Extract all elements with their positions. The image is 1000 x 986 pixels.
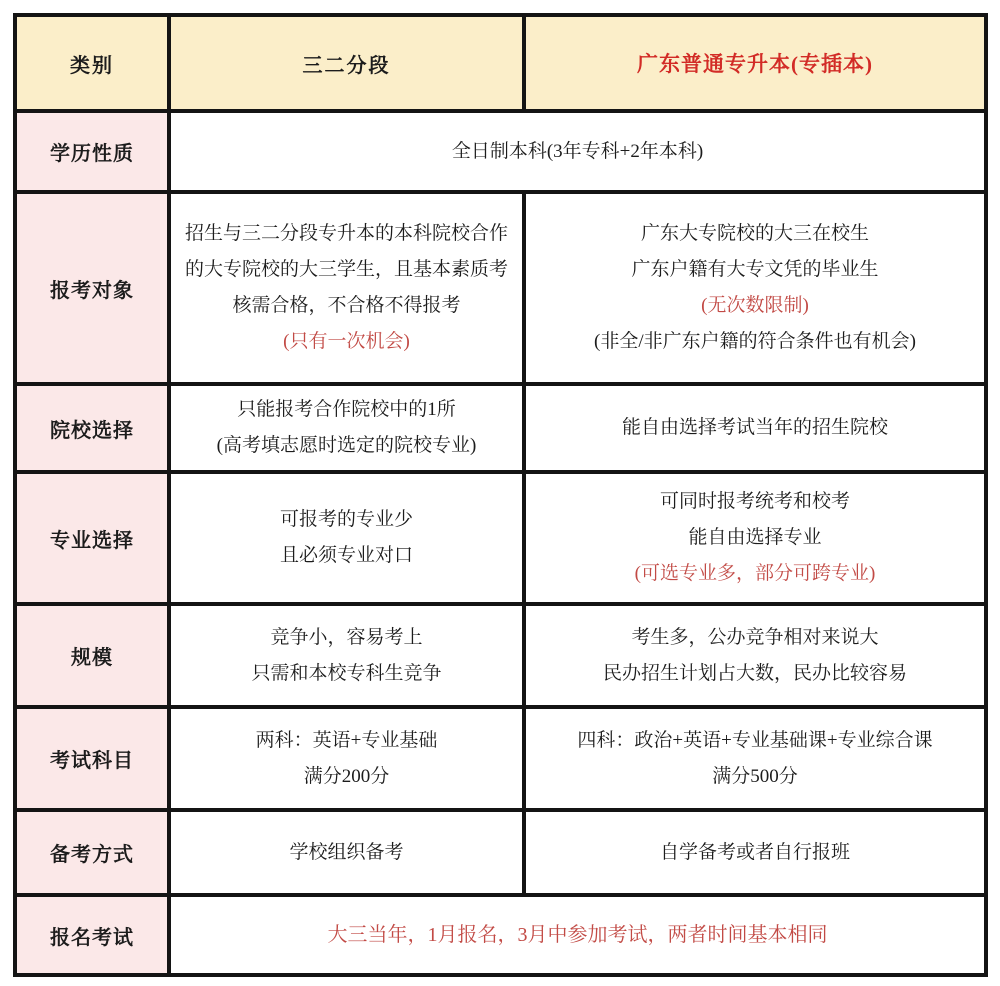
value-cell: 两科：英语+专业基础满分200分 (169, 707, 524, 810)
text-line: 民办招生计划占大数，民办比较容易 (534, 656, 976, 692)
table-row: 院校选择只能报考合作院校中的1所(高考填志愿时选定的院校专业)能自由选择考试当年… (15, 384, 986, 472)
row-label: 学历性质 (15, 111, 169, 192)
text-line: 只需和本校专科生竞争 (179, 656, 514, 692)
text-line: 招生与三二分段专升本的本科院校合作的大专院校的大三学生，且基本素质考核需合格，不… (179, 216, 514, 324)
header-cell-zhuanchaben: 广东普通专升本(专插本) (524, 15, 986, 111)
text-line: 能自由选择专业 (534, 520, 976, 556)
note-line: 大三当年，1月报名，3月中参加考试，两者时间基本相同 (179, 917, 976, 953)
text-line: 两科：英语+专业基础 (179, 723, 514, 759)
table-row: 报考对象招生与三二分段专升本的本科院校合作的大专院校的大三学生，且基本素质考核需… (15, 192, 986, 384)
value-cell: 考生多，公办竞争相对来说大民办招生计划占大数，民办比较容易 (524, 604, 986, 707)
comparison-page: 类别 三二分段 广东普通专升本(专插本) 学历性质全日制本科(3年专科+2年本科… (0, 0, 1000, 986)
merged-cell: 全日制本科(3年专科+2年本科) (169, 111, 986, 192)
table-body: 学历性质全日制本科(3年专科+2年本科)报考对象招生与三二分段专升本的本科院校合… (15, 111, 986, 975)
row-label: 考试科目 (15, 707, 169, 810)
value-cell: 只能报考合作院校中的1所(高考填志愿时选定的院校专业) (169, 384, 524, 472)
text-line: 自学备考或者自行报班 (534, 835, 976, 871)
table-row: 规模竞争小，容易考上只需和本校专科生竞争考生多，公办竞争相对来说大民办招生计划占… (15, 604, 986, 707)
note-line: (可选专业多，部分可跨专业) (534, 556, 976, 592)
text-line: 只能报考合作院校中的1所 (179, 392, 514, 428)
merged-cell: 大三当年，1月报名，3月中参加考试，两者时间基本相同 (169, 895, 986, 975)
note-line: (只有一次机会) (179, 324, 514, 360)
text-line: 可报考的专业少 (179, 502, 514, 538)
text-line: 竞争小，容易考上 (179, 620, 514, 656)
value-cell: 可报考的专业少且必须专业对口 (169, 472, 524, 604)
row-label: 报考对象 (15, 192, 169, 384)
note-line: (无次数限制) (534, 288, 976, 324)
comparison-table: 类别 三二分段 广东普通专升本(专插本) 学历性质全日制本科(3年专科+2年本科… (13, 13, 988, 977)
text-line: 满分500分 (534, 759, 976, 795)
text-line: 学校组织备考 (179, 835, 514, 871)
table-row: 报名考试大三当年，1月报名，3月中参加考试，两者时间基本相同 (15, 895, 986, 975)
text-line: 且必须专业对口 (179, 538, 514, 574)
header-row: 类别 三二分段 广东普通专升本(专插本) (15, 15, 986, 111)
row-label: 备考方式 (15, 810, 169, 895)
text-line: 可同时报考统考和校考 (534, 484, 976, 520)
value-cell: 四科：政治+英语+专业基础课+专业综合课满分500分 (524, 707, 986, 810)
row-label: 院校选择 (15, 384, 169, 472)
text-line: 广东大专院校的大三在校生 (534, 216, 976, 252)
row-label: 专业选择 (15, 472, 169, 604)
text-line: 四科：政治+英语+专业基础课+专业综合课 (534, 723, 976, 759)
text-line: 全日制本科(3年专科+2年本科) (179, 134, 976, 170)
table-row: 专业选择可报考的专业少且必须专业对口可同时报考统考和校考能自由选择专业(可选专业… (15, 472, 986, 604)
row-label: 规模 (15, 604, 169, 707)
row-label: 报名考试 (15, 895, 169, 975)
value-cell: 可同时报考统考和校考能自由选择专业(可选专业多，部分可跨专业) (524, 472, 986, 604)
value-cell: 自学备考或者自行报班 (524, 810, 986, 895)
value-cell: 学校组织备考 (169, 810, 524, 895)
text-line: (非全/非广东户籍的符合条件也有机会) (534, 324, 976, 360)
text-line: 考生多，公办竞争相对来说大 (534, 620, 976, 656)
header-cell-sanerfenduan: 三二分段 (169, 15, 524, 111)
value-cell: 广东大专院校的大三在校生广东户籍有大专文凭的毕业生(无次数限制)(非全/非广东户… (524, 192, 986, 384)
text-line: (高考填志愿时选定的院校专业) (179, 428, 514, 464)
table-row: 考试科目两科：英语+专业基础满分200分四科：政治+英语+专业基础课+专业综合课… (15, 707, 986, 810)
text-line: 能自由选择考试当年的招生院校 (534, 410, 976, 446)
header-cell-category: 类别 (15, 15, 169, 111)
text-line: 满分200分 (179, 759, 514, 795)
value-cell: 能自由选择考试当年的招生院校 (524, 384, 986, 472)
table-row: 学历性质全日制本科(3年专科+2年本科) (15, 111, 986, 192)
value-cell: 招生与三二分段专升本的本科院校合作的大专院校的大三学生，且基本素质考核需合格，不… (169, 192, 524, 384)
text-line: 广东户籍有大专文凭的毕业生 (534, 252, 976, 288)
table-row: 备考方式学校组织备考自学备考或者自行报班 (15, 810, 986, 895)
value-cell: 竞争小，容易考上只需和本校专科生竞争 (169, 604, 524, 707)
